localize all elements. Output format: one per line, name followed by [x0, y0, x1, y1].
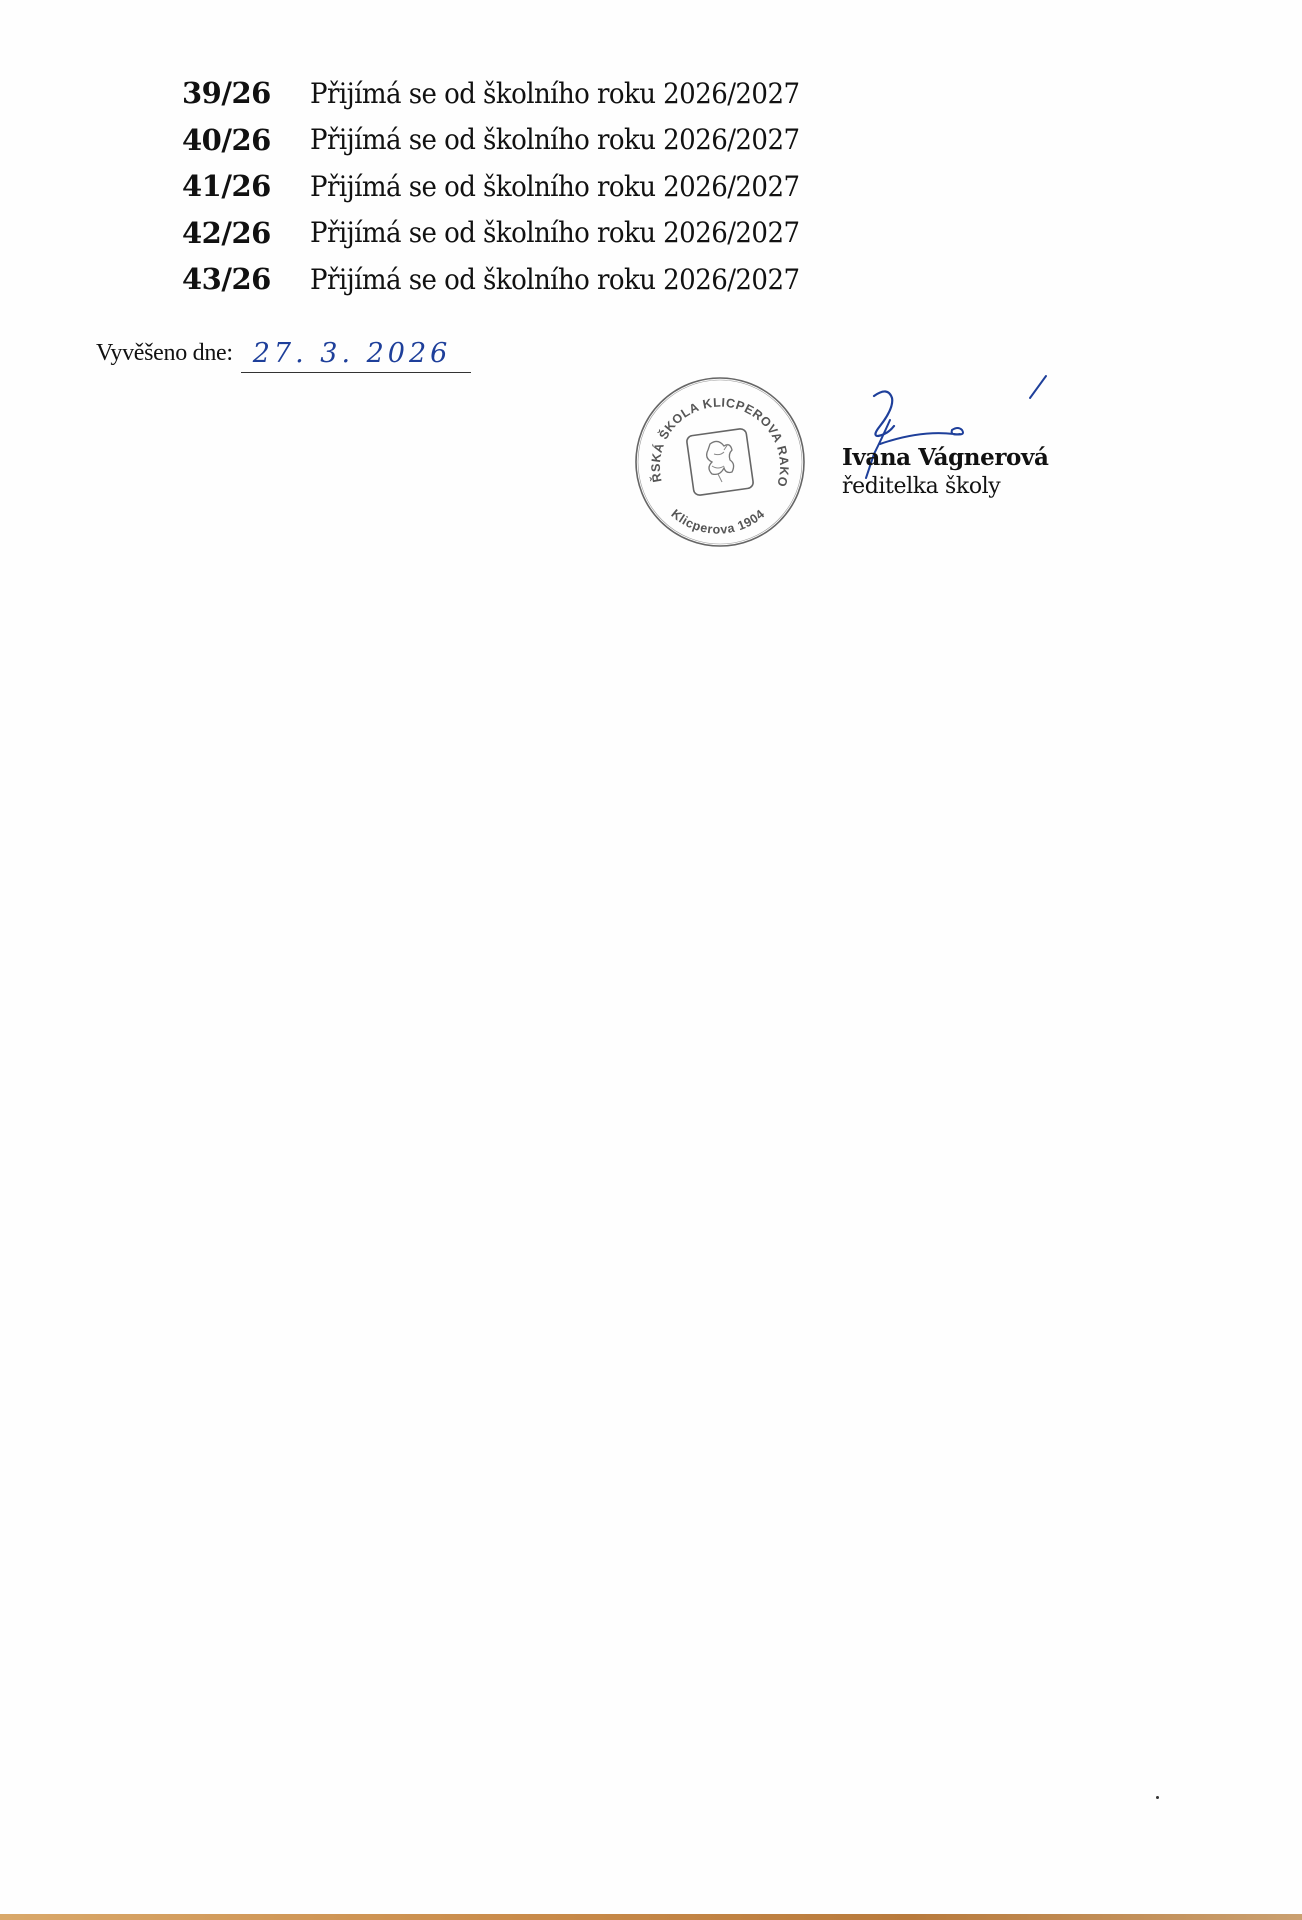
posted-date-label: Vyvěšeno dne:	[96, 340, 233, 373]
registration-number: 42/26	[182, 216, 310, 250]
registration-status: Přijímá se od školního roku 2026/2027	[310, 170, 799, 203]
list-item: 39/26 Přijímá se od školního roku 2026/2…	[182, 70, 836, 117]
document-page: 39/26 Přijímá se od školního roku 2026/2…	[0, 0, 1302, 1920]
list-item: 43/26 Přijímá se od školního roku 2026/2…	[182, 256, 836, 303]
registration-number: 41/26	[182, 169, 310, 203]
registration-status: Přijímá se od školního roku 2026/2027	[310, 263, 799, 296]
school-stamp: MATEŘSKÁ ŠKOLA KLICPEROVA RAKOVNÍK Klicp…	[632, 374, 808, 550]
scan-speck	[1156, 1796, 1159, 1799]
list-item: 41/26 Přijímá se od školního roku 2026/2…	[182, 163, 836, 210]
svg-text:Klicperova 1904: Klicperova 1904	[669, 507, 768, 537]
signer-name: Ivana Vágnerová	[842, 443, 1048, 473]
registration-status: Přijímá se od školního roku 2026/2027	[310, 123, 799, 156]
registration-list: 39/26 Přijímá se od školního roku 2026/2…	[182, 70, 836, 303]
registration-status: Přijímá se od školního roku 2026/2027	[310, 77, 799, 110]
posted-date-handwritten: 27. 3. 2026	[241, 336, 471, 373]
registration-number: 40/26	[182, 123, 310, 157]
posted-date-line: Vyvěšeno dne: 27. 3. 2026	[96, 336, 471, 373]
stamp-top-text: MATEŘSKÁ ŠKOLA KLICPEROVA RAKOVNÍK	[632, 374, 791, 488]
signer-block: Ivana Vágnerová ředitelka školy	[842, 443, 1048, 501]
stamp-bottom-text: Klicperova 1904	[669, 507, 768, 537]
list-item: 40/26 Přijímá se od školního roku 2026/2…	[182, 117, 836, 164]
list-item: 42/26 Přijímá se od školního roku 2026/2…	[182, 210, 836, 257]
registration-number: 43/26	[182, 262, 310, 296]
czech-lion-icon	[686, 428, 754, 496]
scan-bottom-edge	[0, 1914, 1302, 1920]
registration-status: Přijímá se od školního roku 2026/2027	[310, 216, 799, 249]
signer-role: ředitelka školy	[842, 473, 1048, 501]
svg-text:MATEŘSKÁ ŠKOLA KLICPEROVA RAKO: MATEŘSKÁ ŠKOLA KLICPEROVA RAKOVNÍK	[632, 374, 791, 488]
registration-number: 39/26	[182, 76, 310, 110]
